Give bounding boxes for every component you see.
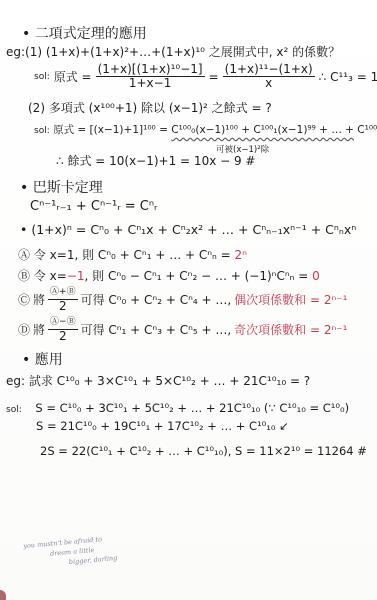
property-a: Ⓐ 令 x=1, 則 Cⁿ₀ + Cⁿ₁ + … + Cⁿₙ = 2ⁿ (18, 247, 247, 263)
property-c: Ⓒ 將 Ⓐ+Ⓑ 2 可得 Cⁿ₀ + Cⁿ₂ + Cⁿ₄ + …, 偶次項係數和… (18, 286, 347, 313)
notebook-page: • 二項式定理的應用 eg:(1) (1+x)+(1+x)²+…+(1+x)¹⁰… (0, 0, 377, 600)
example-2-result: ∴ 餘式 = 10(x−1)+1 = 10x − 9 # (56, 153, 256, 169)
fraction: (1+x)[(1+x)¹⁰−1] 1+x−1 (96, 63, 205, 90)
pascal-formula: Cⁿ⁻¹ᵣ₋₁ + Cⁿ⁻¹ᵣ = Cⁿᵣ (30, 199, 157, 215)
example-2-question: (2) 多項式 (x¹⁰⁰+1) 除以 (x−1)² 之餘式 = ? (28, 100, 272, 116)
example-1-question: eg:(1) (1+x)+(1+x)²+…+(1+x)¹⁰ 之展開式中, x² … (6, 44, 340, 60)
application-solution-line3: 2S = 22(C¹⁰₁ + C¹⁰₂ + … + C¹⁰₁₀), S = 11… (40, 443, 367, 459)
property-d: Ⓓ 將 Ⓐ−Ⓑ 2 可得 Cⁿ₁ + Cⁿ₃ + Cⁿ₅ + …, 奇次項係數和… (18, 316, 347, 343)
application-solution-line2: S = 21C¹⁰₀ + 19C¹⁰₁ + 17C¹⁰₂ + … + C¹⁰₁₀… (36, 418, 289, 434)
page-corner-mark (0, 590, 6, 600)
example-2-solution: sol: 原式 = [(x−1)+1]¹⁰⁰ = C¹⁰⁰₀(x−1)¹⁰⁰ +… (34, 122, 377, 139)
example-1-solution: sol: 原式 = (1+x)[(1+x)¹⁰−1] 1+x−1 = (1+x)… (34, 63, 377, 90)
section-application-title: • 應用 (22, 352, 63, 368)
fraction: (1+x)¹¹−(1+x) x (223, 63, 315, 90)
fraction: Ⓐ−Ⓑ 2 (48, 316, 78, 343)
handwritten-quote: you mustn't be afraid to dream a little … (23, 533, 118, 571)
application-question: eg: 試求 C¹⁰₀ + 3×C¹⁰₁ + 5×C¹⁰₂ + … + 21C¹… (6, 373, 310, 389)
binomial-expansion: • (1+x)ⁿ = Cⁿ₀ + Cⁿ₁x + Cⁿ₂x² + … + Cⁿₙ₋… (20, 222, 356, 238)
section-binomial-application-title: • 二項式定理的應用 (22, 26, 147, 42)
property-b: Ⓑ 令 x=−1, 則 Cⁿ₀ − Cⁿ₁ + Cⁿ₂ − … + (−1)ⁿC… (18, 268, 320, 284)
section-pascal-title: • 巴斯卡定理 (20, 180, 103, 196)
application-solution-line1: sol: S = C¹⁰₀ + 3C¹⁰₁ + 5C¹⁰₂ + … + 21C¹… (6, 400, 349, 418)
fraction: Ⓐ+Ⓑ 2 (48, 286, 78, 313)
